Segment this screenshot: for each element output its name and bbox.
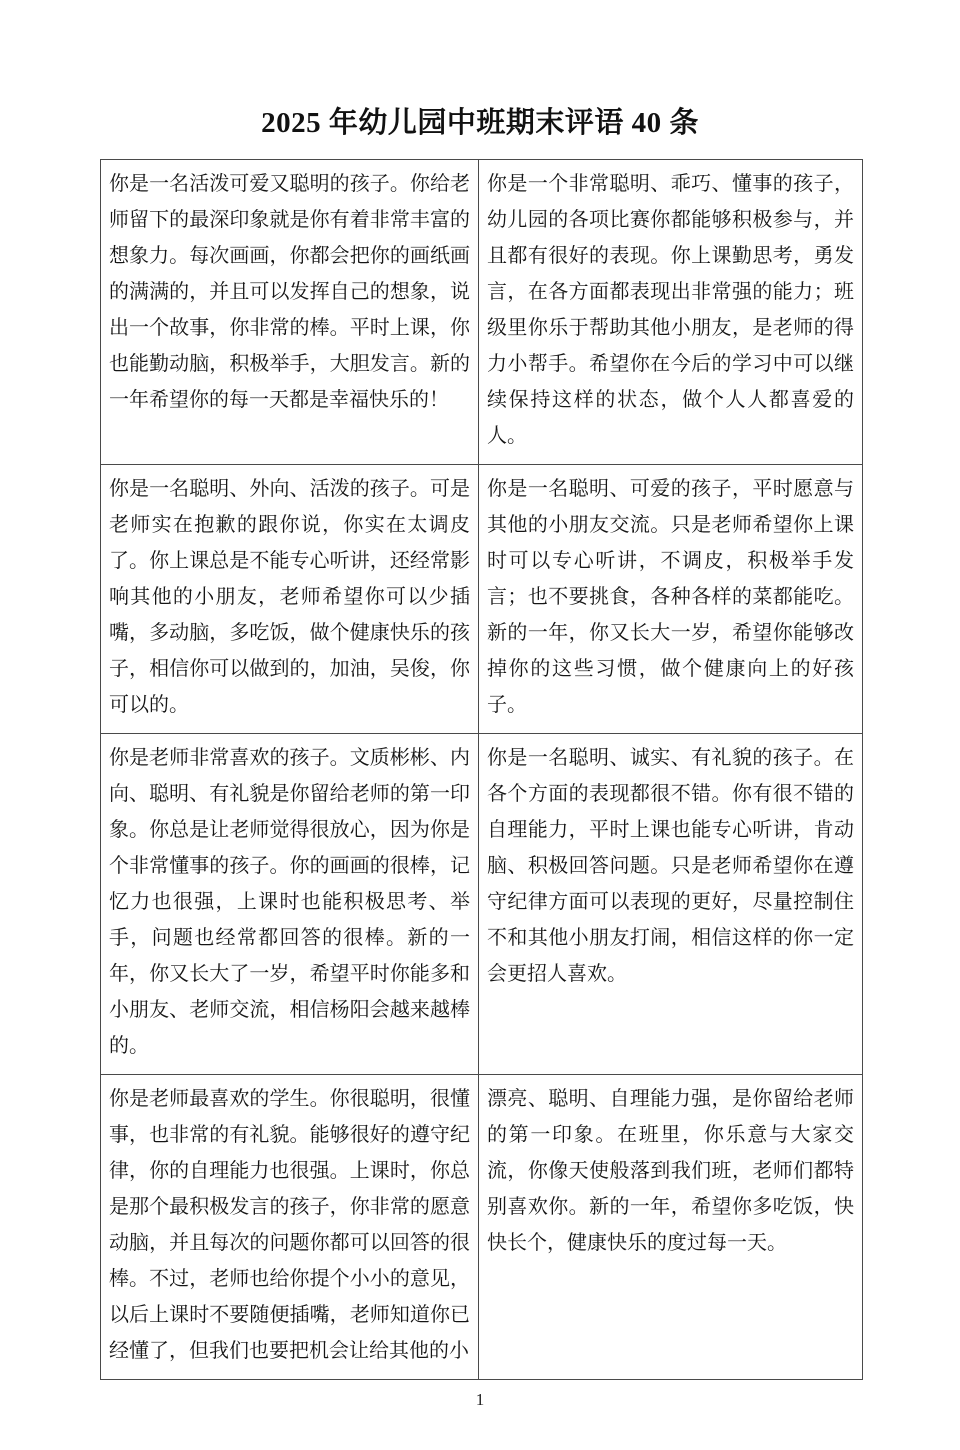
table-row: 你是老师非常喜欢的孩子。文质彬彬、内向、聪明、有礼貌是你留给老师的第一印象。你总… [101, 734, 863, 1075]
table-row: 你是老师最喜欢的学生。你很聪明，很懂事，也非常的有礼貌。能够很好的遵守纪律，你的… [101, 1075, 863, 1380]
comment-cell: 你是老师非常喜欢的孩子。文质彬彬、内向、聪明、有礼貌是你留给老师的第一印象。你总… [101, 734, 479, 1075]
page-number: 1 [0, 1390, 960, 1450]
comment-cell: 你是一名聪明、外向、活泼的孩子。可是老师实在抱歉的跟你说，你实在太调皮了。你上课… [101, 465, 479, 734]
comments-table: 你是一名活泼可爱又聪明的孩子。你给老师留下的最深印象就是你有着非常丰富的想象力。… [100, 159, 863, 1380]
comment-cell: 你是老师最喜欢的学生。你很聪明，很懂事，也非常的有礼貌。能够很好的遵守纪律，你的… [101, 1075, 479, 1380]
document-title: 2025 年幼儿园中班期末评语 40 条 [0, 103, 960, 143]
table-row: 你是一名活泼可爱又聪明的孩子。你给老师留下的最深印象就是你有着非常丰富的想象力。… [101, 160, 863, 465]
comment-cell: 你是一名聪明、可爱的孩子，平时愿意与其他的小朋友交流。只是老师希望你上课时可以专… [479, 465, 863, 734]
comment-cell: 漂亮、聪明、自理能力强，是你留给老师的第一印象。在班里，你乐意与大家交流，你像天… [479, 1075, 863, 1380]
document-page: 2025 年幼儿园中班期末评语 40 条 你是一名活泼可爱又聪明的孩子。你给老师… [0, 0, 960, 1450]
table-row: 你是一名聪明、外向、活泼的孩子。可是老师实在抱歉的跟你说，你实在太调皮了。你上课… [101, 465, 863, 734]
comment-cell: 你是一名活泼可爱又聪明的孩子。你给老师留下的最深印象就是你有着非常丰富的想象力。… [101, 160, 479, 465]
comment-cell: 你是一名聪明、诚实、有礼貌的孩子。在各个方面的表现都很不错。你有很不错的自理能力… [479, 734, 863, 1075]
comment-cell: 你是一个非常聪明、乖巧、懂事的孩子，幼儿园的各项比赛你都能够积极参与，并且都有很… [479, 160, 863, 465]
